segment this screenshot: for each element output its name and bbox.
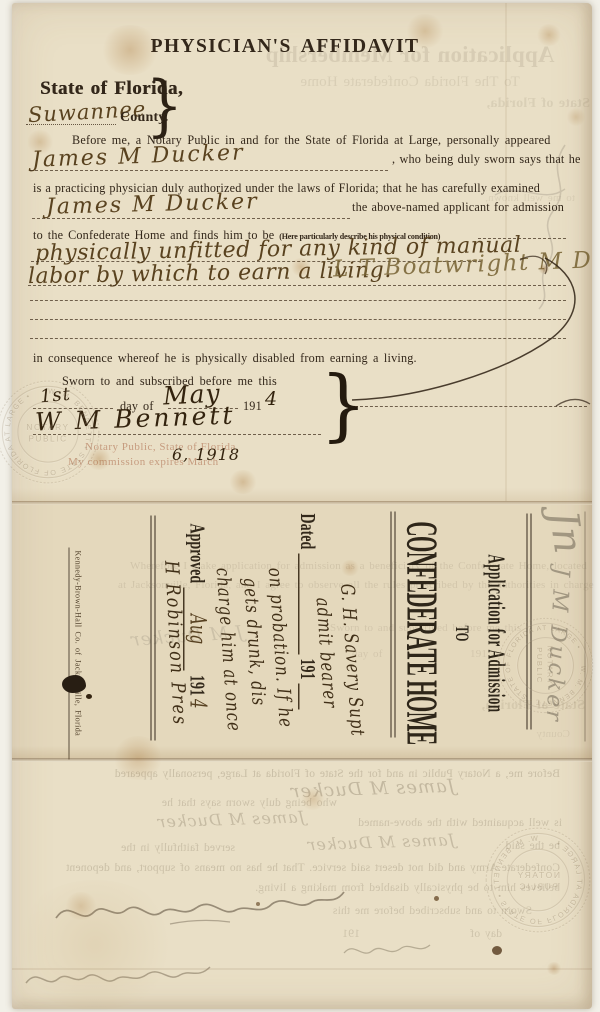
bleedthrough-squiggle-top: [455, 135, 595, 315]
notary-seal-bottom: W. M. BENNETT • STATE OF FLORIDA AT LARG…: [483, 825, 593, 940]
squiggle-underline: [170, 920, 230, 924]
bottom-bleed-hand3: James M Ducker: [290, 832, 455, 854]
dated-label: Dated: [293, 513, 317, 549]
notary-seal-cover: W. M. BENNETT • STATE OF FLORIDA AT LARG…: [490, 615, 595, 715]
document-content: Application for Membership To The Florid…: [0, 0, 600, 1012]
seal-outer-ring: [486, 828, 590, 932]
cover-rule-mid: [390, 511, 395, 737]
seal-outer-ring: [498, 618, 592, 712]
seal-center-line2: PUBLIC: [518, 882, 558, 892]
affidavit-title: PHYSICIAN'S AFFIDAVIT: [120, 36, 450, 58]
cover-panel: Application for Admission TO CONFEDERATE…: [13, 505, 587, 760]
cover-note-line1: G. H. Savery Supt: [337, 583, 366, 737]
dated-line: Dated 191: [293, 513, 317, 713]
seal-center-line2: PUBLIC: [534, 647, 543, 683]
squiggle-path: [344, 945, 430, 953]
svg-text:W. M. BENNETT • STATE OF FLORI: W. M. BENNETT • STATE OF FLORIDA AT LARG…: [492, 834, 584, 927]
stain: [546, 962, 562, 975]
dated-fill-line: [298, 553, 300, 654]
stain: [228, 470, 258, 494]
bleedthrough-membership-subheading: To The Florida Confederate Home: [255, 74, 565, 91]
seal-center-line1: NOTARY: [516, 870, 560, 880]
bleed-signature-squiggle-3: [340, 935, 450, 965]
dated-year-fill: [298, 683, 300, 709]
squiggle-path: [26, 967, 210, 983]
seal-ring-text: W. M. BENNETT • STATE OF FLORIDA AT LARG…: [492, 834, 584, 927]
dark-spot: [434, 896, 439, 901]
bleed-squiggle-path1: [539, 145, 565, 309]
bleedthrough-state-label: State of Florida,: [450, 96, 590, 112]
applicant-name-fill-line: [32, 218, 350, 219]
printer-credit-rule: [68, 547, 69, 759]
physician-name-fill-line: [30, 170, 388, 171]
notary-seal-cover-svg: W. M. BENNETT • STATE OF FLORIDA AT LARG…: [495, 615, 595, 715]
bleed-squiggle-path2: [495, 189, 565, 195]
dated-year-printed: 191: [293, 658, 317, 679]
physician-name-handwritten: James M Ducker: [32, 142, 245, 171]
bottom-bleed-line5: Confederate Army and did not desert said…: [35, 862, 560, 875]
cover-rule-bottom: [150, 515, 155, 740]
pencil-initials: Jn: [542, 507, 588, 556]
seal-center-line1: NOTARY: [545, 645, 554, 685]
bottom-bleed-line4-tail: served faithfully in the: [35, 842, 235, 855]
printer-credit: Kennedy-Brown-Hall Co. of Jacksonville, …: [73, 550, 82, 765]
bottom-bleed-line1: Before me, a Notary Public in and for th…: [55, 768, 560, 781]
seal-inner-ring: [517, 637, 573, 693]
cover-heading-line3: CONFEDERATE HOME: [395, 505, 448, 760]
approved-label: Approved: [183, 523, 207, 583]
pen-flourish-hook: [556, 399, 590, 406]
cover-note-line4: gets drunk, dis: [240, 577, 268, 707]
bleed-signature-squiggle-2: [20, 955, 260, 1000]
cover-rotated-block: Application for Admission TO CONFEDERATE…: [13, 505, 587, 760]
cover-note-line5: charge him at once: [212, 567, 242, 733]
cover-heading-line2: TO: [451, 523, 471, 743]
notary-seal-bottom-svg: W. M. BENNETT • STATE OF FLORIDA AT LARG…: [483, 825, 593, 935]
seal-mid-ring: [503, 623, 588, 708]
seal-inner-ring: [507, 849, 568, 910]
county-fill-line: [26, 124, 116, 125]
bleed-signature-squiggle-1: [50, 886, 370, 936]
applicant-name-handwritten: James M Ducker: [46, 191, 259, 219]
scanned-document-page: Application for Membership To The Florid…: [0, 0, 600, 1012]
squiggle-path: [56, 892, 344, 918]
county-label: County.: [120, 110, 168, 126]
dark-spot: [492, 946, 502, 955]
